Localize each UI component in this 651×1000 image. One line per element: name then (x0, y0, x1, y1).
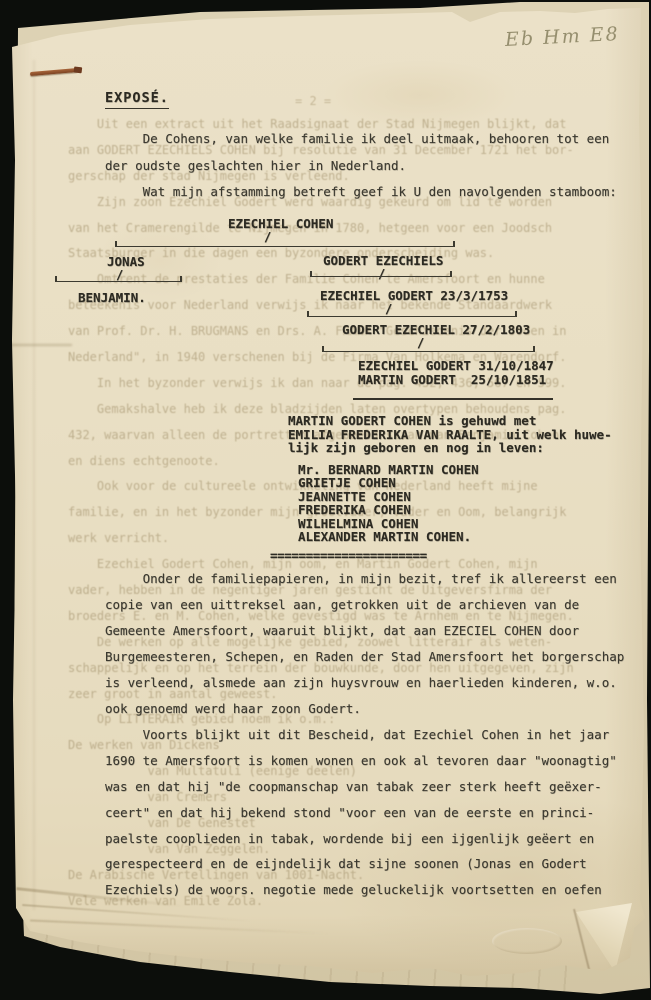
horizontal-crease (10, 344, 72, 346)
child-name: JEANNETTE COHEN (298, 490, 479, 503)
tree-connector-line (307, 316, 517, 317)
body-line: ook genoemd werd haar zoon Godert. (105, 696, 624, 722)
body-line: 1690 te Amersfoort is komen wonen en ook… (105, 748, 624, 774)
tree-connector-slash: / (417, 336, 424, 350)
marriage-line: EMILIA FREDERIKA VAN RAALTE, uit welk hu… (288, 428, 612, 442)
body-line: Onder de familiepapieren, in mijn bezit,… (105, 566, 624, 592)
body-line: was en dat hij "de coopmanschap van taba… (105, 774, 624, 800)
body-line: gerespecteerd en de eijndelijk dat sijne… (105, 851, 624, 877)
document-title: EXPOSÉ. (105, 90, 169, 109)
child-name: FREDERIKA COHEN (298, 503, 479, 516)
embossed-stamp (492, 928, 562, 954)
marriage-line: MARTIN GODERT COHEN is gehuwd met (288, 414, 612, 428)
tree-connector-line (115, 246, 455, 247)
tree-node-godert-ezechiels: GODERT EZECHIELS (323, 253, 443, 268)
body-line: Ezechiels) de woors. negotie mede geluck… (105, 877, 624, 903)
document-page: Uit een extract uit het Raadsignaat der … (0, 0, 651, 1000)
marriage-line: lijk zijn geboren en nog in leven: (288, 441, 612, 455)
body-line: is verleend, alsmede aan zijn huysvrouw … (105, 670, 624, 696)
intro-line: Wat mijn afstamming betreft geef ik U de… (105, 179, 617, 206)
staple (30, 68, 78, 76)
body-line: paelste cooplieden in tabak, wordende bi… (105, 826, 624, 852)
body-line: copie van een uittreksel aan, getrokken … (105, 592, 624, 618)
tree-node-godert-ezechiel-1803: GODERT EZECHIEL 27/2/1803 (342, 322, 530, 337)
tree-connector-slash: / (264, 230, 271, 244)
faint-page-number: = 2 = (295, 94, 331, 108)
marriage-statement: MARTIN GODERT COHEN is gehuwd metEMILIA … (288, 414, 612, 455)
intro-line: der oudste geslachten hier in Nederland. (105, 153, 617, 180)
body-line: ceert" en dat hij bekend stond "voor een… (105, 800, 624, 826)
tree-node-root: EZECHIEL COHEN (228, 216, 333, 231)
tree-connector-line (310, 276, 452, 277)
intro-line: De Cohens, van welke familie ik deel uit… (105, 126, 617, 153)
vertical-crease (33, 60, 35, 910)
tree-node-martin-godert-1851: MARTIN GODERT 25/10/1851 (358, 372, 546, 387)
tree-final-underline (353, 398, 553, 400)
tree-connector-slash: / (378, 267, 385, 281)
tree-connector-slash: / (385, 302, 392, 316)
intro-paragraph: De Cohens, van welke familie ik deel uit… (105, 126, 617, 206)
pencil-annotation: Eb Hm E8 (505, 23, 621, 51)
tree-node-benjamin: BENJAMIN. (78, 290, 146, 305)
body-line: Voorts blijkt uit dit Bescheid, dat Ezec… (105, 722, 624, 748)
bleedthrough-line: van het Cramerengilde te Nijmegen in 178… (68, 216, 628, 242)
child-name: GRIETJE COHEN (298, 476, 479, 489)
tree-node-ezechiel-godert-1847: EZECHIEL GODERT 31/10/1847 (358, 358, 554, 373)
child-name: ALEXANDER MARTIN COHEN. (298, 530, 479, 543)
child-name: WILHELMINA COHEN (298, 517, 479, 530)
body-line: Gemeente Amersfoort, waaruit blijkt, dat… (105, 618, 624, 644)
body-paragraphs: Onder de familiepapieren, in mijn bezit,… (105, 566, 624, 903)
child-name: Mr. BERNARD MARTIN COHEN (298, 463, 479, 476)
tree-node-jonas: JONAS (107, 254, 145, 269)
children-list: Mr. BERNARD MARTIN COHENGRIETJE COHENJEA… (298, 463, 479, 544)
tree-node-ezechiel-godert-1753: EZECHIEL GODERT 23/3/1753 (320, 288, 508, 303)
tree-connector-line (55, 281, 182, 282)
tree-connector-line (322, 351, 535, 352)
section-separator: ====================== (270, 548, 427, 563)
scanned-document: Uit een extract uit het Raadsignaat der … (0, 0, 651, 1000)
tree-connector-slash: / (116, 268, 123, 282)
body-line: Burgemeesteren, Schepen, en Raden der St… (105, 644, 624, 670)
